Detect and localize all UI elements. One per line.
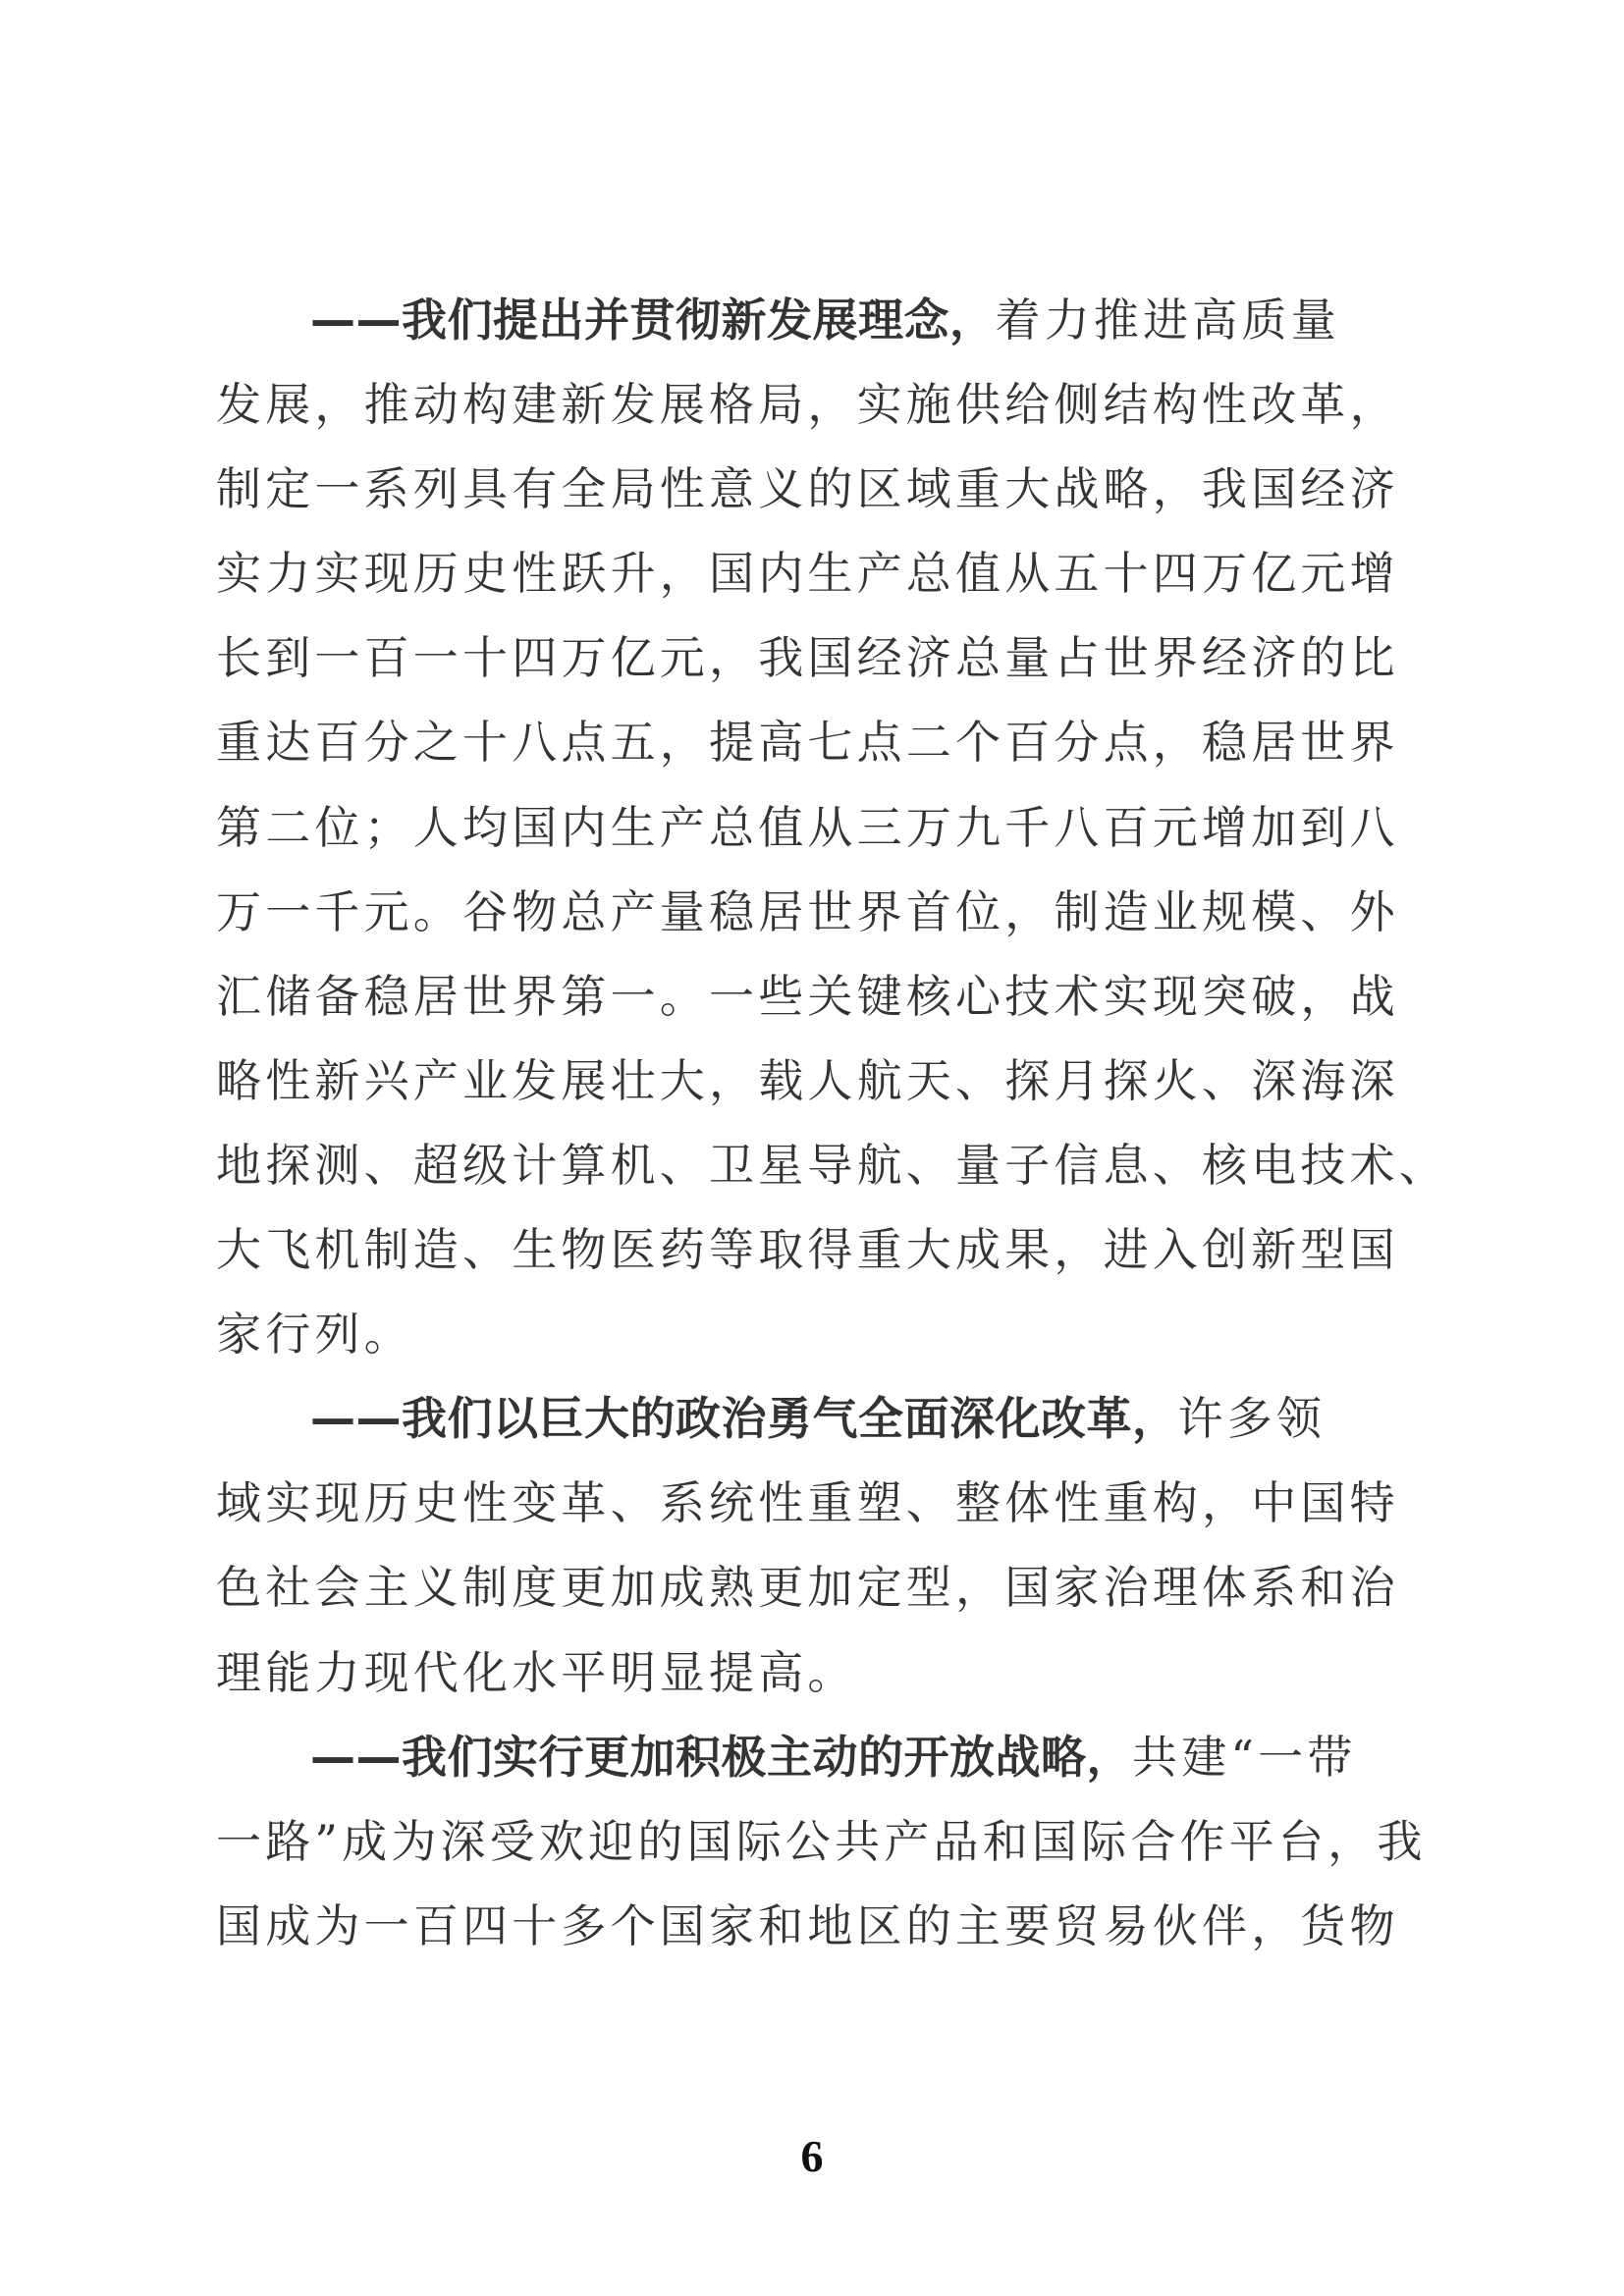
paragraph-opening-up: ——我们实行更加积极主动的开放战略，共建“一带 一路”成为深受欢迎的国际公共产品… [216,1715,1434,1968]
paragraph-reform: ——我们以巨大的政治勇气全面深化改革，许多领 域实现历史性变革、系统性重塑、整体… [216,1376,1434,1714]
text-line: ——我们以巨大的政治勇气全面深化改革，许多领 [216,1376,1434,1461]
text-line: ——我们提出并贯彻新发展理念，着力推进高质量 [216,278,1434,362]
text-line: 实力实现历史性跃升，国内生产总值从五十四万亿元增 [216,531,1434,615]
text-line: 发展，推动构建新发展格局，实施供给侧结构性改革， [216,362,1434,447]
text-line: 大飞机制造、生物医药等取得重大成果，进入创新型国 [216,1207,1434,1292]
text-line: 理能力现代化水平明显提高。 [216,1630,1434,1715]
text-line: 制定一系列具有全局性意义的区域重大战略，我国经济 [216,447,1434,531]
text-line: ——我们实行更加积极主动的开放战略，共建“一带 [216,1715,1434,1799]
document-page: ——我们提出并贯彻新发展理念，着力推进高质量 发展，推动构建新发展格局，实施供给… [0,0,1624,2296]
body-text: ——我们提出并贯彻新发展理念，着力推进高质量 发展，推动构建新发展格局，实施供给… [216,278,1434,1968]
text-line: 重达百分之十八点五，提高七点二个百分点，稳居世界 [216,700,1434,784]
paragraph-lead: ——我们提出并贯彻新发展理念， [310,294,996,347]
text-line: 地探测、超级计算机、卫星导航、量子信息、核电技术、 [216,1123,1434,1207]
text-line: 国成为一百四十多个国家和地区的主要贸易伙伴，货物 [216,1884,1434,1968]
text-line: 汇储备稳居世界第一。一些关键核心技术实现突破，战 [216,954,1434,1039]
text-line: 略性新兴产业发展壮大，载人航天、探月探火、深海深 [216,1039,1434,1123]
text-line: 第二位；人均国内生产总值从三万九千八百元增加到八 [216,785,1434,870]
paragraph-lead: ——我们以巨大的政治勇气全面深化改革， [310,1392,1178,1445]
text-line: 一路”成为深受欢迎的国际公共产品和国际合作平台，我 [216,1799,1434,1884]
text-line: 家行列。 [216,1292,1434,1376]
paragraph-lead: ——我们实行更加积极主动的开放战略， [310,1731,1132,1784]
text-line: 万一千元。谷物总产量稳居世界首位，制造业规模、外 [216,870,1434,954]
page-number: 6 [0,2130,1624,2182]
text-line: 域实现历史性变革、系统性重塑、整体性重构，中国特 [216,1461,1434,1545]
text-line: 长到一百一十四万亿元，我国经济总量占世界经济的比 [216,615,1434,700]
paragraph-development: ——我们提出并贯彻新发展理念，着力推进高质量 发展，推动构建新发展格局，实施供给… [216,278,1434,1376]
text-line: 色社会主义制度更加成熟更加定型，国家治理体系和治 [216,1545,1434,1629]
